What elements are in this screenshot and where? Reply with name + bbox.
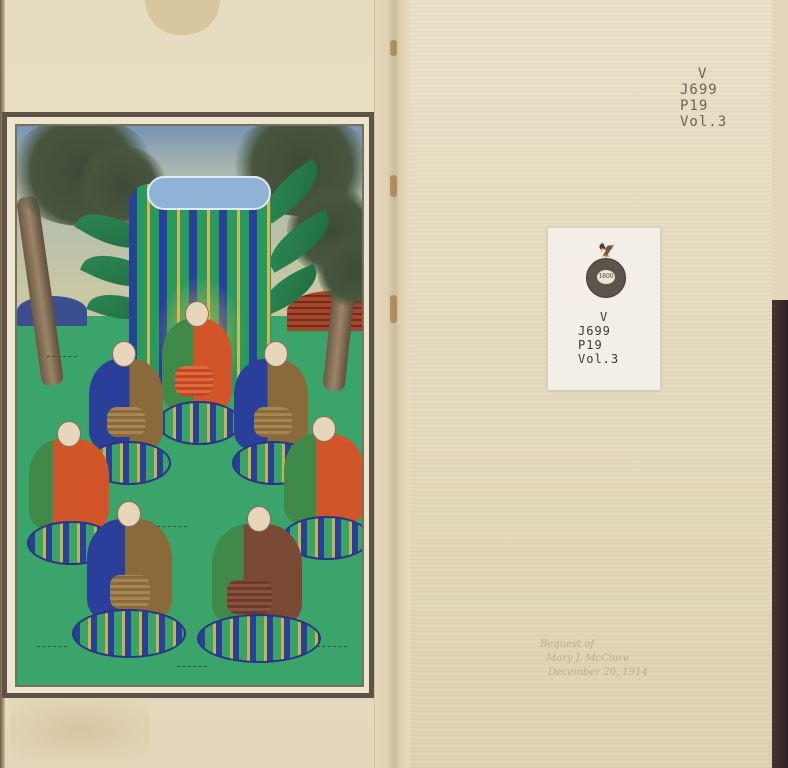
call-line: J699: [680, 82, 750, 98]
bequest-line: December 20, 1914: [540, 666, 660, 680]
grass-tuft: [317, 646, 347, 653]
seal-year: 1800: [597, 270, 615, 284]
stain-spot: [390, 40, 397, 56]
book-gutter: [374, 0, 412, 768]
foxing-stain: [10, 700, 150, 760]
call-line: V: [578, 310, 648, 324]
call-line: Vol.3: [680, 114, 750, 130]
central-monk: [157, 301, 237, 471]
eagle-seal-icon: 🦅 1800: [586, 258, 626, 298]
library-bookplate: 🦅 1800 V J699 P19 Vol.3: [547, 227, 661, 391]
grass-tuft: [37, 646, 67, 653]
page-edge-upper: [772, 0, 788, 300]
stain-spot: [390, 295, 397, 323]
grass-tuft: [177, 666, 207, 673]
call-line: V: [680, 66, 750, 82]
bookplate-call-number: V J699 P19 Vol.3: [578, 310, 648, 366]
grass-tuft: [157, 526, 187, 533]
bequest-note: Bequest of Mary J. McClure December 20, …: [540, 638, 660, 680]
call-line: P19: [680, 98, 750, 114]
call-line: P19: [578, 338, 648, 352]
cloud-pool: [147, 176, 271, 210]
pencil-call-number: V J699 P19 Vol.3: [680, 66, 750, 130]
call-line: Vol.3: [578, 352, 648, 366]
bequest-line: Mary J. McClure: [540, 652, 660, 666]
bequest-line: Bequest of: [540, 638, 660, 652]
grass-tuft: [47, 356, 77, 363]
book-spread: V J699 P19 Vol.3 🦅 1800 V J699 P19 Vol.3…: [0, 0, 788, 768]
stain-spot: [390, 175, 397, 197]
book-cover-edge: [772, 0, 788, 768]
illustration-frame: [2, 112, 374, 698]
eagle-icon: 🦅: [592, 244, 622, 258]
arhat-painting: [15, 124, 364, 687]
call-line: J699: [578, 324, 648, 338]
water-stain: [145, 0, 220, 35]
monk: [197, 506, 317, 676]
left-page: [0, 0, 398, 768]
